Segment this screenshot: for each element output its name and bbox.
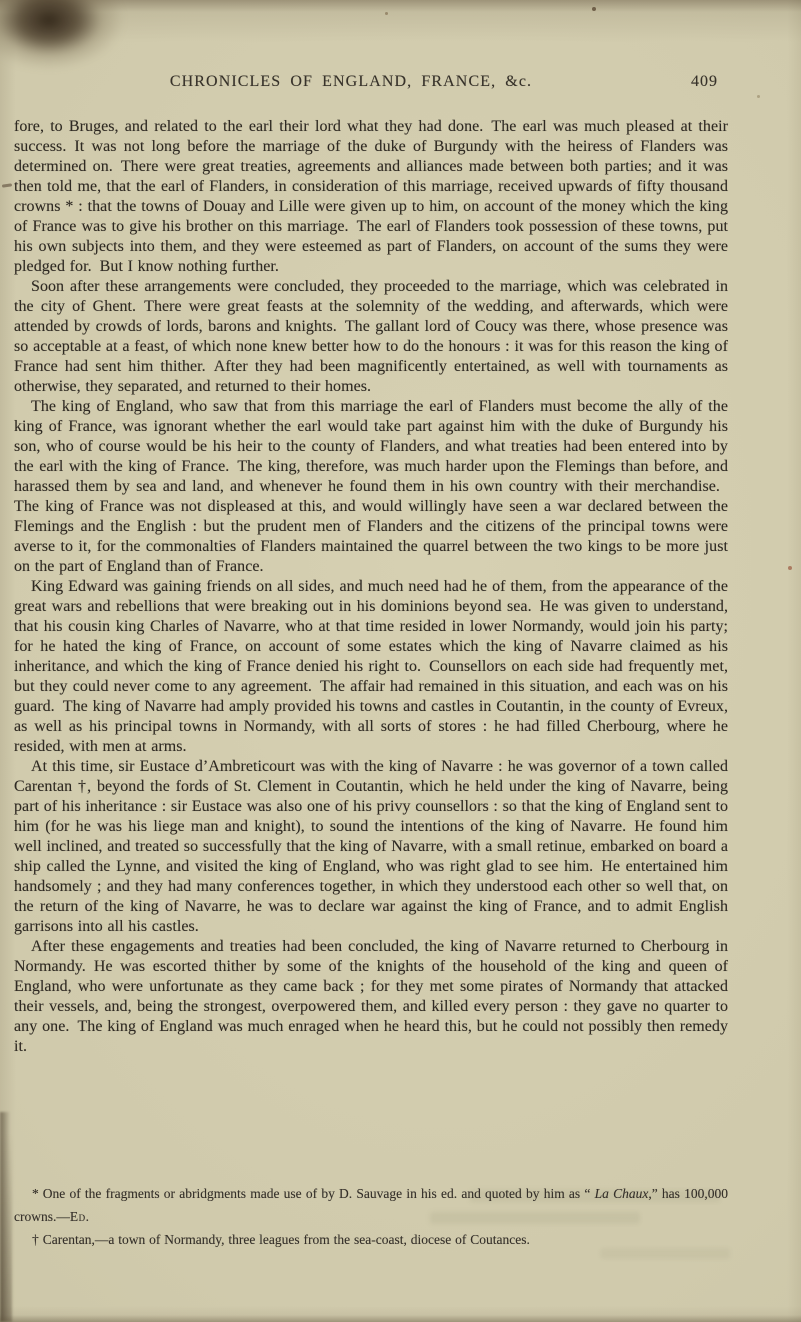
cited-work-title: La Chaux bbox=[595, 1186, 649, 1201]
body-text: fore, to Bruges, and related to the earl… bbox=[14, 117, 728, 1057]
scanned-book-page: CHRONICLES OF ENGLAND, FRANCE, &c. 409 f… bbox=[0, 0, 801, 1322]
asterisk-footnote-marker: * bbox=[32, 1186, 39, 1201]
footnote-text: One of the fragments or abridgments made… bbox=[43, 1186, 595, 1201]
footnote-asterisk: *One of the fragments or abridgments mad… bbox=[14, 1182, 728, 1228]
page-number: 409 bbox=[691, 72, 718, 92]
scan-corner-shadow bbox=[0, 0, 124, 70]
scan-edge-bottom-shadow bbox=[0, 1315, 801, 1322]
footnote-text: Carentan,—a town of Normandy, three leag… bbox=[43, 1232, 530, 1247]
footnotes: *One of the fragments or abridgments mad… bbox=[14, 1182, 728, 1251]
footnote-dagger: †Carentan,—a town of Normandy, three lea… bbox=[14, 1228, 728, 1251]
paper-speck bbox=[788, 566, 792, 570]
paragraph-1: fore, to Bruges, and related to the earl… bbox=[14, 117, 728, 277]
paragraph-2: Soon after these arrangements were concl… bbox=[14, 277, 728, 397]
paper-speck bbox=[385, 12, 388, 15]
paper-speck bbox=[757, 95, 760, 98]
editor-abbrev: Ed. bbox=[70, 1209, 90, 1224]
paragraph-3: The king of England, who saw that from t… bbox=[14, 397, 728, 577]
dagger-footnote-marker: † bbox=[32, 1232, 39, 1247]
margin-pencil-mark bbox=[2, 183, 12, 187]
page-header: CHRONICLES OF ENGLAND, FRANCE, &c. 409 bbox=[14, 72, 728, 94]
running-title: CHRONICLES OF ENGLAND, FRANCE, &c. bbox=[14, 72, 688, 92]
paragraph-4: King Edward was gaining friends on all s… bbox=[14, 577, 728, 757]
paragraph-5: At this time, sir Eustace d’Ambreticourt… bbox=[14, 757, 728, 937]
paper-speck bbox=[592, 7, 596, 11]
paragraph-6: After these engagements and treaties had… bbox=[14, 937, 728, 1057]
scan-edge-left-shadow bbox=[0, 1112, 12, 1322]
